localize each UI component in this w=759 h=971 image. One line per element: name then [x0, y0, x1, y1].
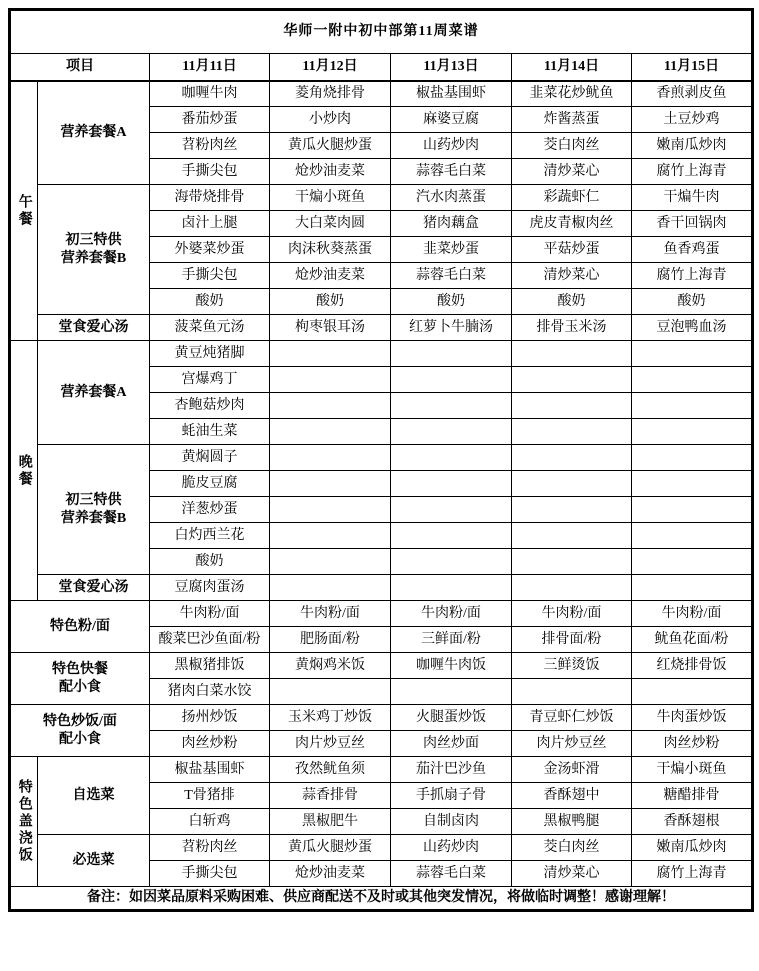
dish-cell: 蚝油生菜: [150, 419, 270, 445]
menu-row: 特色盖浇饭自选菜椒盐基围虾孜然鱿鱼须茄汁巴沙鱼金汤虾滑干煸小斑鱼: [10, 757, 753, 783]
dish-cell: 菱角烧排骨: [270, 81, 391, 107]
dish-cell: 手抓扇子骨: [391, 783, 512, 809]
dish-cell: 干煸小斑鱼: [632, 757, 753, 783]
dish-cell: [512, 445, 632, 471]
dish-cell: [632, 445, 753, 471]
dish-cell: [270, 367, 391, 393]
date-column-header: 11月14日: [512, 54, 632, 81]
dish-cell: 番茄炒蛋: [150, 107, 270, 133]
dish-cell: 茭白肉丝: [512, 133, 632, 159]
dish-cell: [391, 393, 512, 419]
date-column-header: 11月15日: [632, 54, 753, 81]
dish-cell: 腐竹上海青: [632, 159, 753, 185]
dish-cell: 清炒菜心: [512, 159, 632, 185]
dish-cell: 虎皮青椒肉丝: [512, 211, 632, 237]
dish-cell: 肉片炒豆丝: [270, 731, 391, 757]
dish-cell: 麻婆豆腐: [391, 107, 512, 133]
dish-cell: 菠菜鱼元汤: [150, 315, 270, 341]
dish-cell: [270, 419, 391, 445]
dish-cell: 牛肉蛋炒饭: [632, 705, 753, 731]
group-label: 自选菜: [38, 757, 150, 835]
title-row: 华师一附中初中部第11周菜谱: [10, 10, 753, 54]
dish-cell: [632, 523, 753, 549]
menu-row: 堂食爱心汤菠菜鱼元汤枸枣银耳汤红萝卜牛腩汤排骨玉米汤豆泡鸭血汤: [10, 315, 753, 341]
dish-cell: 排骨面/粉: [512, 627, 632, 653]
dish-cell: [512, 341, 632, 367]
dish-cell: [632, 679, 753, 705]
dish-cell: 炝炒油麦菜: [270, 159, 391, 185]
dish-cell: 椒盐基围虾: [150, 757, 270, 783]
dish-cell: 黑椒猪排饭: [150, 653, 270, 679]
group-label: 营养套餐A: [38, 81, 150, 185]
dish-cell: 大白菜肉圆: [270, 211, 391, 237]
dish-cell: [391, 549, 512, 575]
dish-cell: [512, 393, 632, 419]
dish-cell: 金汤虾滑: [512, 757, 632, 783]
menu-row: 午餐营养套餐A咖喱牛肉菱角烧排骨椒盐基围虾韭菜花炒鱿鱼香煎剥皮鱼: [10, 81, 753, 107]
dish-cell: [270, 549, 391, 575]
dish-cell: [391, 419, 512, 445]
dish-cell: [270, 497, 391, 523]
header-row: 项目 11月11日 11月12日 11月13日 11月14日 11月15日: [10, 54, 753, 81]
dish-cell: 孜然鱿鱼须: [270, 757, 391, 783]
dish-cell: [632, 393, 753, 419]
dish-cell: [391, 445, 512, 471]
dish-cell: 肉丝炒粉: [150, 731, 270, 757]
menu-row: 晚餐营养套餐A黄豆炖猪脚: [10, 341, 753, 367]
dish-cell: [270, 393, 391, 419]
dish-cell: 黄瓜火腿炒蛋: [270, 133, 391, 159]
dish-cell: 枸枣银耳汤: [270, 315, 391, 341]
dish-cell: 鱼香鸡蛋: [632, 237, 753, 263]
dish-cell: [512, 679, 632, 705]
dish-cell: 平菇炒蛋: [512, 237, 632, 263]
dish-cell: 猪肉白菜水饺: [150, 679, 270, 705]
menu-row: 堂食爱心汤豆腐肉蛋汤: [10, 575, 753, 601]
dish-cell: 猪肉藕盒: [391, 211, 512, 237]
dish-cell: 酸奶: [270, 289, 391, 315]
dish-cell: 酸奶: [150, 289, 270, 315]
dish-cell: [391, 523, 512, 549]
dish-cell: 红烧排骨饭: [632, 653, 753, 679]
dish-cell: 腐竹上海青: [632, 263, 753, 289]
dish-cell: 黄焖圆子: [150, 445, 270, 471]
dish-cell: [270, 523, 391, 549]
menu-table: 华师一附中初中部第11周菜谱 项目 11月11日 11月12日 11月13日 1…: [8, 8, 754, 912]
dish-cell: 肥肠面/粉: [270, 627, 391, 653]
dish-cell: 干煸小斑鱼: [270, 185, 391, 211]
dish-cell: 炝炒油麦菜: [270, 263, 391, 289]
dish-cell: 自制卤肉: [391, 809, 512, 835]
dish-cell: [632, 419, 753, 445]
dish-cell: 糖醋排骨: [632, 783, 753, 809]
dish-cell: 小炒肉: [270, 107, 391, 133]
item-column-header: 项目: [10, 54, 150, 81]
dish-cell: 脆皮豆腐: [150, 471, 270, 497]
group-label: 营养套餐A: [38, 341, 150, 445]
dish-cell: T骨猪排: [150, 783, 270, 809]
meal-label-lunch: 午餐: [10, 81, 38, 341]
dish-cell: 咖喱牛肉: [150, 81, 270, 107]
dish-cell: 杏鲍菇炒肉: [150, 393, 270, 419]
menu-row: 特色炒饭/面 配小食扬州炒饭玉米鸡丁炒饭火腿蛋炒饭青豆虾仁炒饭牛肉蛋炒饭: [10, 705, 753, 731]
date-column-header: 11月13日: [391, 54, 512, 81]
dish-cell: [512, 575, 632, 601]
dish-cell: 肉沫秋葵蒸蛋: [270, 237, 391, 263]
group-label: 初三特供 营养套餐B: [38, 445, 150, 575]
dish-cell: [512, 523, 632, 549]
dish-cell: 黑椒肥牛: [270, 809, 391, 835]
group-label: 特色炒饭/面 配小食: [10, 705, 150, 757]
dish-cell: 扬州炒饭: [150, 705, 270, 731]
group-label: 特色粉/面: [10, 601, 150, 653]
group-label: 必选菜: [38, 835, 150, 887]
menu-row: 必选菜苕粉肉丝黄瓜火腿炒蛋山药炒肉茭白肉丝嫩南瓜炒肉: [10, 835, 753, 861]
dish-cell: [512, 549, 632, 575]
dish-cell: 韭菜炒蛋: [391, 237, 512, 263]
dish-cell: 肉丝炒粉: [632, 731, 753, 757]
dish-cell: 酸奶: [512, 289, 632, 315]
dish-cell: 黄焖鸡米饭: [270, 653, 391, 679]
dish-cell: 白灼西兰花: [150, 523, 270, 549]
dish-cell: 黑椒鸭腿: [512, 809, 632, 835]
dish-cell: 苕粉肉丝: [150, 133, 270, 159]
dish-cell: 黄瓜火腿炒蛋: [270, 835, 391, 861]
dish-cell: 清炒菜心: [512, 861, 632, 887]
dish-cell: 牛肉粉/面: [391, 601, 512, 627]
dish-cell: [512, 497, 632, 523]
dish-cell: 汽水肉蒸蛋: [391, 185, 512, 211]
dish-cell: 土豆炒鸡: [632, 107, 753, 133]
dish-cell: 嫩南瓜炒肉: [632, 835, 753, 861]
dish-cell: 手撕尖包: [150, 263, 270, 289]
dish-cell: 宫爆鸡丁: [150, 367, 270, 393]
date-column-header: 11月12日: [270, 54, 391, 81]
menu-row: 特色粉/面牛肉粉/面牛肉粉/面牛肉粉/面牛肉粉/面牛肉粉/面: [10, 601, 753, 627]
dish-cell: 肉丝炒面: [391, 731, 512, 757]
dish-cell: 蒜蓉毛白菜: [391, 861, 512, 887]
dish-cell: 酸菜巴沙鱼面/粉: [150, 627, 270, 653]
dish-cell: [391, 679, 512, 705]
footer-row: 备注：如因菜品原料采购困难、供应商配送不及时或其他突发情况，将做临时调整！感谢理…: [10, 887, 753, 911]
meal-label-dinner: 晚餐: [10, 341, 38, 601]
dish-cell: 彩蔬虾仁: [512, 185, 632, 211]
date-column-header: 11月11日: [150, 54, 270, 81]
dish-cell: [270, 679, 391, 705]
dish-cell: 海带烧排骨: [150, 185, 270, 211]
dish-cell: 咖喱牛肉饭: [391, 653, 512, 679]
group-label: 特色快餐 配小食: [10, 653, 150, 705]
dish-cell: [391, 341, 512, 367]
dish-cell: 豆泡鸭血汤: [632, 315, 753, 341]
dish-cell: 炸酱蒸蛋: [512, 107, 632, 133]
dish-cell: [270, 445, 391, 471]
group-label: 堂食爱心汤: [38, 315, 150, 341]
dish-cell: 肉片炒豆丝: [512, 731, 632, 757]
dish-cell: [512, 419, 632, 445]
menu-row: 特色快餐 配小食黑椒猪排饭黄焖鸡米饭咖喱牛肉饭三鲜烫饭红烧排骨饭: [10, 653, 753, 679]
dish-cell: 酸奶: [150, 549, 270, 575]
dish-cell: 清炒菜心: [512, 263, 632, 289]
dish-cell: [391, 367, 512, 393]
dish-cell: 香干回锅肉: [632, 211, 753, 237]
dish-cell: [270, 575, 391, 601]
dish-cell: [512, 471, 632, 497]
dish-cell: 三鲜烫饭: [512, 653, 632, 679]
dish-cell: 香酥翅中: [512, 783, 632, 809]
dish-cell: 火腿蛋炒饭: [391, 705, 512, 731]
dish-cell: 香煎剥皮鱼: [632, 81, 753, 107]
page-title: 华师一附中初中部第11周菜谱: [10, 10, 753, 54]
dish-cell: 韭菜花炒鱿鱼: [512, 81, 632, 107]
dish-cell: 青豆虾仁炒饭: [512, 705, 632, 731]
dish-cell: 牛肉粉/面: [150, 601, 270, 627]
dish-cell: 卤汁上腿: [150, 211, 270, 237]
dish-cell: 豆腐肉蛋汤: [150, 575, 270, 601]
dish-cell: 苕粉肉丝: [150, 835, 270, 861]
dish-cell: 手撕尖包: [150, 159, 270, 185]
dish-cell: 洋葱炒蛋: [150, 497, 270, 523]
dish-cell: 外婆菜炒蛋: [150, 237, 270, 263]
dish-cell: [632, 575, 753, 601]
dish-cell: [391, 471, 512, 497]
dish-cell: [270, 341, 391, 367]
dish-cell: 黄豆炖猪脚: [150, 341, 270, 367]
dish-cell: [632, 549, 753, 575]
dish-cell: [632, 341, 753, 367]
footer-note: 备注：如因菜品原料采购困难、供应商配送不及时或其他突发情况，将做临时调整！感谢理…: [10, 887, 753, 911]
dish-cell: 白斩鸡: [150, 809, 270, 835]
menu-row: 初三特供 营养套餐B黄焖圆子: [10, 445, 753, 471]
dish-cell: 红萝卜牛腩汤: [391, 315, 512, 341]
dish-cell: 蒜香排骨: [270, 783, 391, 809]
dish-cell: [270, 471, 391, 497]
dish-cell: 椒盐基围虾: [391, 81, 512, 107]
dish-cell: 蒜蓉毛白菜: [391, 159, 512, 185]
dish-cell: 茭白肉丝: [512, 835, 632, 861]
dish-cell: 嫩南瓜炒肉: [632, 133, 753, 159]
dish-cell: [632, 497, 753, 523]
dish-cell: 排骨玉米汤: [512, 315, 632, 341]
dish-cell: 牛肉粉/面: [270, 601, 391, 627]
group-label: 堂食爱心汤: [38, 575, 150, 601]
dish-cell: 山药炒肉: [391, 133, 512, 159]
dish-cell: [512, 367, 632, 393]
dish-cell: 炝炒油麦菜: [270, 861, 391, 887]
dish-cell: 蒜蓉毛白菜: [391, 263, 512, 289]
dish-cell: 酸奶: [391, 289, 512, 315]
dish-cell: [632, 471, 753, 497]
dish-cell: 山药炒肉: [391, 835, 512, 861]
dish-cell: 腐竹上海青: [632, 861, 753, 887]
dish-cell: 酸奶: [632, 289, 753, 315]
dish-cell: [632, 367, 753, 393]
dish-cell: [391, 497, 512, 523]
meal-label-rice-bowl: 特色盖浇饭: [10, 757, 38, 887]
dish-cell: 三鲜面/粉: [391, 627, 512, 653]
dish-cell: 干煸牛肉: [632, 185, 753, 211]
dish-cell: 手撕尖包: [150, 861, 270, 887]
dish-cell: 鱿鱼花面/粉: [632, 627, 753, 653]
dish-cell: [391, 575, 512, 601]
menu-row: 初三特供 营养套餐B海带烧排骨干煸小斑鱼汽水肉蒸蛋彩蔬虾仁干煸牛肉: [10, 185, 753, 211]
dish-cell: 牛肉粉/面: [512, 601, 632, 627]
group-label: 初三特供 营养套餐B: [38, 185, 150, 315]
menu-page: 华师一附中初中部第11周菜谱 项目 11月11日 11月12日 11月13日 1…: [0, 0, 759, 971]
dish-cell: 茄汁巴沙鱼: [391, 757, 512, 783]
dish-cell: 玉米鸡丁炒饭: [270, 705, 391, 731]
dish-cell: 牛肉粉/面: [632, 601, 753, 627]
dish-cell: 香酥翅根: [632, 809, 753, 835]
